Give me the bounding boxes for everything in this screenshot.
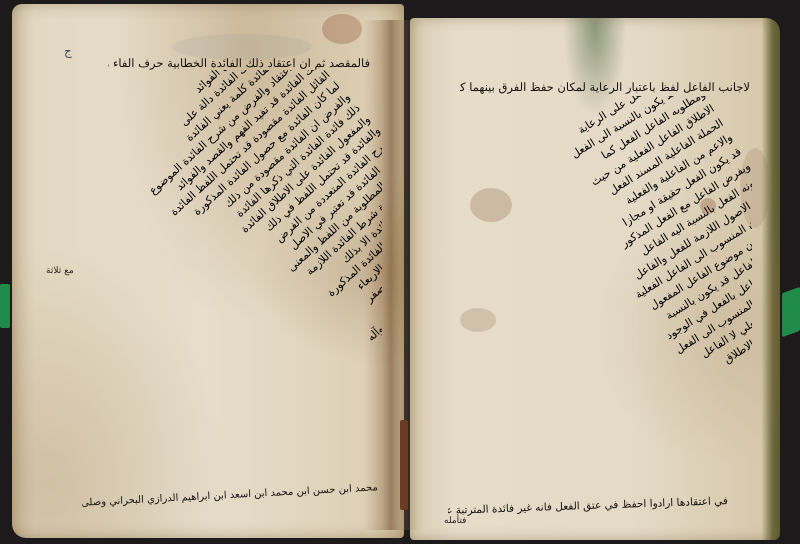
left-page-heading: فالمقصد ثم ان اعتقاد ذلك الفائدة الخطابي… (108, 56, 370, 70)
margin-note: مع ثلاثة (46, 266, 74, 276)
right-page-heading: لاجانب الفاعل لفظ باعتبار الرعاية لمكان … (460, 80, 750, 94)
torn-fold (400, 420, 408, 510)
footer-word: فتأمله (444, 516, 466, 526)
binding-cloth-left (0, 284, 10, 328)
binding-cloth-right (782, 287, 800, 338)
right-page-body: كون نسبه الفاعل لاقام من الفعل على الرعا… (452, 96, 752, 496)
left-page-body: فلتنبيها فوقه اهل الفوائد الفائدة ان ذلك… (92, 70, 382, 480)
paper-stain (322, 14, 362, 44)
page-mark: ج (64, 44, 72, 58)
